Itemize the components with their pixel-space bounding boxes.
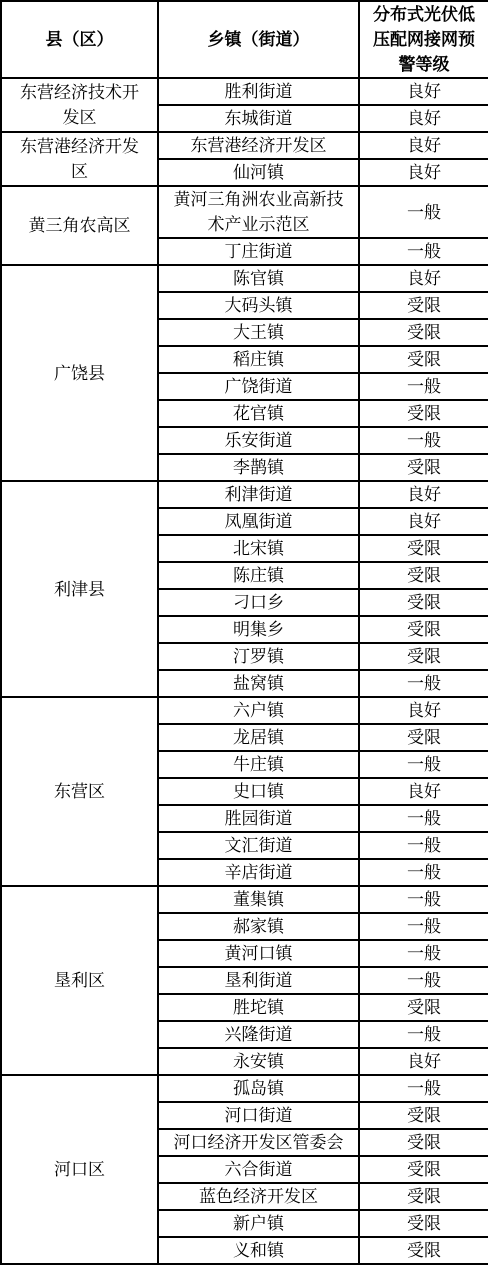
table-row: 东营港经济开发区东营港经济开发区良好 bbox=[1, 132, 488, 159]
town-cell: 辛店街道 bbox=[158, 859, 359, 886]
town-cell: 牛庄镇 bbox=[158, 751, 359, 778]
table-header: 县（区） 乡镇（街道） 分布式光伏低压配网接网预警等级 bbox=[1, 1, 488, 78]
warning-level-cell: 受限 bbox=[359, 1102, 488, 1129]
town-cell: 陈庄镇 bbox=[158, 562, 359, 589]
table-row: 河口区孤岛镇一般 bbox=[1, 1075, 488, 1102]
county-cell: 东营经济技术开发区 bbox=[1, 78, 158, 132]
table-row: 广饶县陈官镇良好 bbox=[1, 265, 488, 292]
town-cell: 仙河镇 bbox=[158, 159, 359, 186]
town-cell: 兴隆街道 bbox=[158, 1021, 359, 1048]
county-cell: 东营区 bbox=[1, 697, 158, 886]
town-cell: 东营港经济开发区 bbox=[158, 132, 359, 159]
town-cell: 北宋镇 bbox=[158, 535, 359, 562]
town-cell: 史口镇 bbox=[158, 778, 359, 805]
town-cell: 凤凰街道 bbox=[158, 508, 359, 535]
warning-level-cell: 一般 bbox=[359, 751, 488, 778]
town-cell: 龙居镇 bbox=[158, 724, 359, 751]
warning-level-cell: 受限 bbox=[359, 994, 488, 1021]
warning-level-cell: 受限 bbox=[359, 643, 488, 670]
town-cell: 永安镇 bbox=[158, 1048, 359, 1075]
town-cell: 大王镇 bbox=[158, 319, 359, 346]
warning-level-cell: 一般 bbox=[359, 859, 488, 886]
warning-level-cell: 受限 bbox=[359, 1129, 488, 1156]
table-body: 东营经济技术开发区胜利街道良好东城街道良好东营港经济开发区东营港经济开发区良好仙… bbox=[1, 78, 488, 1264]
county-cell: 垦利区 bbox=[1, 886, 158, 1075]
warning-level-cell: 良好 bbox=[359, 697, 488, 724]
warning-level-cell: 良好 bbox=[359, 78, 488, 105]
town-cell: 蓝色经济开发区 bbox=[158, 1183, 359, 1210]
table-row: 东营经济技术开发区胜利街道良好 bbox=[1, 78, 488, 105]
header-row: 县（区） 乡镇（街道） 分布式光伏低压配网接网预警等级 bbox=[1, 1, 488, 78]
warning-level-cell: 良好 bbox=[359, 508, 488, 535]
warning-level-cell: 良好 bbox=[359, 1048, 488, 1075]
warning-level-cell: 受限 bbox=[359, 616, 488, 643]
warning-level-cell: 良好 bbox=[359, 481, 488, 508]
table-row: 黄三角农高区黄河三角洲农业高新技术产业示范区一般 bbox=[1, 186, 488, 238]
town-cell: 胜园街道 bbox=[158, 805, 359, 832]
town-cell: 郝家镇 bbox=[158, 913, 359, 940]
warning-level-cell: 一般 bbox=[359, 967, 488, 994]
warning-level-cell: 良好 bbox=[359, 265, 488, 292]
town-cell: 董集镇 bbox=[158, 886, 359, 913]
warning-level-cell: 良好 bbox=[359, 105, 488, 132]
warning-level-cell: 一般 bbox=[359, 940, 488, 967]
town-cell: 明集乡 bbox=[158, 616, 359, 643]
town-cell: 孤岛镇 bbox=[158, 1075, 359, 1102]
warning-level-cell: 受限 bbox=[359, 535, 488, 562]
warning-level-cell: 一般 bbox=[359, 886, 488, 913]
warning-level-cell: 受限 bbox=[359, 1183, 488, 1210]
warning-level-cell: 良好 bbox=[359, 159, 488, 186]
header-warning-level: 分布式光伏低压配网接网预警等级 bbox=[359, 1, 488, 78]
warning-level-cell: 一般 bbox=[359, 832, 488, 859]
town-cell: 陈官镇 bbox=[158, 265, 359, 292]
warning-level-cell: 良好 bbox=[359, 132, 488, 159]
town-cell: 河口街道 bbox=[158, 1102, 359, 1129]
town-cell: 广饶街道 bbox=[158, 373, 359, 400]
town-cell: 胜利街道 bbox=[158, 78, 359, 105]
warning-level-cell: 受限 bbox=[359, 319, 488, 346]
warning-level-cell: 一般 bbox=[359, 427, 488, 454]
warning-level-cell: 一般 bbox=[359, 238, 488, 265]
warning-level-cell: 受限 bbox=[359, 589, 488, 616]
warning-level-cell: 受限 bbox=[359, 454, 488, 481]
warning-level-cell: 受限 bbox=[359, 1210, 488, 1237]
warning-level-cell: 良好 bbox=[359, 778, 488, 805]
town-cell: 丁庄街道 bbox=[158, 238, 359, 265]
warning-level-cell: 受限 bbox=[359, 562, 488, 589]
town-cell: 文汇街道 bbox=[158, 832, 359, 859]
county-cell: 广饶县 bbox=[1, 265, 158, 481]
county-cell: 黄三角农高区 bbox=[1, 186, 158, 265]
town-cell: 李鹊镇 bbox=[158, 454, 359, 481]
warning-level-cell: 受限 bbox=[359, 1237, 488, 1264]
town-cell: 大码头镇 bbox=[158, 292, 359, 319]
warning-level-cell: 受限 bbox=[359, 1156, 488, 1183]
warning-level-cell: 一般 bbox=[359, 186, 488, 238]
warning-level-cell: 受限 bbox=[359, 724, 488, 751]
warning-level-cell: 一般 bbox=[359, 670, 488, 697]
warning-level-cell: 受限 bbox=[359, 400, 488, 427]
header-town: 乡镇（街道） bbox=[158, 1, 359, 78]
town-cell: 稻庄镇 bbox=[158, 346, 359, 373]
town-cell: 黄河三角洲农业高新技术产业示范区 bbox=[158, 186, 359, 238]
town-cell: 六合街道 bbox=[158, 1156, 359, 1183]
town-cell: 刁口乡 bbox=[158, 589, 359, 616]
pv-warning-table: 县（区） 乡镇（街道） 分布式光伏低压配网接网预警等级 东营经济技术开发区胜利街… bbox=[0, 0, 488, 1265]
warning-level-cell: 一般 bbox=[359, 805, 488, 832]
town-cell: 垦利街道 bbox=[158, 967, 359, 994]
county-cell: 东营港经济开发区 bbox=[1, 132, 158, 186]
warning-level-cell: 受限 bbox=[359, 346, 488, 373]
town-cell: 义和镇 bbox=[158, 1237, 359, 1264]
town-cell: 东城街道 bbox=[158, 105, 359, 132]
town-cell: 新户镇 bbox=[158, 1210, 359, 1237]
warning-level-cell: 受限 bbox=[359, 292, 488, 319]
town-cell: 黄河口镇 bbox=[158, 940, 359, 967]
table-row: 垦利区董集镇一般 bbox=[1, 886, 488, 913]
town-cell: 河口经济开发区管委会 bbox=[158, 1129, 359, 1156]
town-cell: 胜坨镇 bbox=[158, 994, 359, 1021]
warning-level-cell: 一般 bbox=[359, 1021, 488, 1048]
county-cell: 河口区 bbox=[1, 1075, 158, 1264]
town-cell: 汀罗镇 bbox=[158, 643, 359, 670]
town-cell: 乐安街道 bbox=[158, 427, 359, 454]
warning-level-cell: 一般 bbox=[359, 1075, 488, 1102]
table-row: 利津县利津街道良好 bbox=[1, 481, 488, 508]
town-cell: 六户镇 bbox=[158, 697, 359, 724]
town-cell: 利津街道 bbox=[158, 481, 359, 508]
town-cell: 花官镇 bbox=[158, 400, 359, 427]
warning-level-cell: 一般 bbox=[359, 913, 488, 940]
table-row: 东营区六户镇良好 bbox=[1, 697, 488, 724]
town-cell: 盐窝镇 bbox=[158, 670, 359, 697]
county-cell: 利津县 bbox=[1, 481, 158, 697]
header-county: 县（区） bbox=[1, 1, 158, 78]
warning-level-cell: 一般 bbox=[359, 373, 488, 400]
